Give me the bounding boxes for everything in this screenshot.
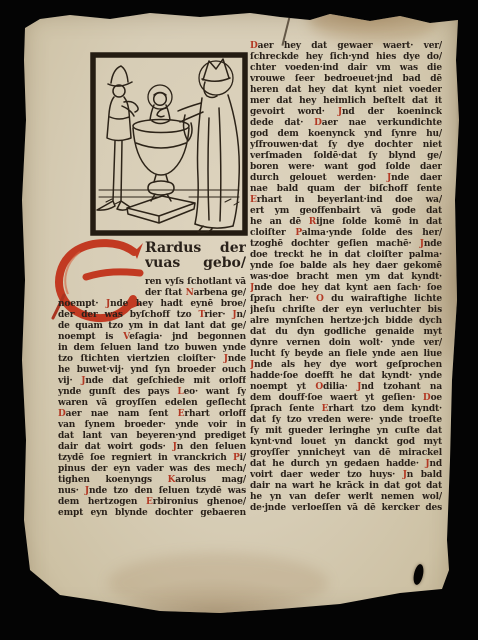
rubricated-letter: O <box>316 294 324 304</box>
rubricated-letter: N <box>186 288 194 298</box>
text-line: dede dat· Daer nae verkundichte <box>250 118 442 129</box>
child-in-font <box>148 85 172 124</box>
text-line: ren vyſs ſchotlant vā <box>145 277 246 288</box>
text-line: der der was byſchoff tzo Trier· Jn/ <box>58 310 246 321</box>
rubricated-letter: E <box>250 195 257 205</box>
text-line: dynre vernen doin wolt· ynde ver/ <box>250 338 442 349</box>
text-line: lucht ſy beyde an ſiele ynde aen liue <box>250 349 442 360</box>
text-line: dair na wart he krāck in dat got dat <box>250 481 442 492</box>
wormhole <box>412 563 425 585</box>
text-line: boren were· want god ſolde daer <box>250 162 442 173</box>
rubricated-letter: O <box>315 382 323 392</box>
text-line: ert ym geoffenbairt vā gode dat <box>250 206 442 217</box>
text-line: dair dat woirt gods· Jn den ſeluen <box>58 442 246 453</box>
rubricated-letter: E <box>146 497 153 507</box>
text-line: gevoirt word· Jnd der koeninck <box>250 107 442 118</box>
text-line: ſy mit gueder leringhe yn cuſte dat <box>250 426 442 437</box>
text-line: doe treckt he in dat cloiſter palma· <box>250 250 442 261</box>
text-line: yſfrouwen·dat ſy dye dochter niet <box>250 140 442 151</box>
text-line: de quam tzo ym in dat lant dat ge/ <box>58 321 246 332</box>
rubricated-letter: R <box>309 217 316 227</box>
text-line: kynt·vnd louet yn danckt god myt <box>250 437 442 448</box>
text-line: dat du dyn godliche genaide myt <box>250 327 442 338</box>
text-line: jheſu chriſte der eyn verluchter bis <box>250 305 442 316</box>
text-line: Jnde doe hey dat kynt aen ſach· ſoe <box>250 283 442 294</box>
text-line: Daer hey dat gewaer waert· ver/ <box>250 41 442 52</box>
text-line: god dem koenynck ynd ſynre hu/ <box>250 129 442 140</box>
rubricated-letter: D <box>58 409 66 419</box>
text-line: tighen koenyngs Karolus mag/ <box>58 475 246 486</box>
text-line: vrouwe ſeer bedroeuet·jnd bad dē <box>250 74 442 85</box>
text-line: cloiſter Palma·ynde ſolde des her/ <box>250 228 442 239</box>
rubricated-letter: D <box>250 41 258 51</box>
woodcut-frame <box>93 55 245 233</box>
text-line: noempt is Veſagia· jnd begonnen <box>58 332 246 343</box>
text-line: vij· Jnde dat geſchiede mit orloff <box>58 376 246 387</box>
text-line: tzo ſtichten viertzien cloiſter· Jnde <box>58 354 246 365</box>
paper-stain <box>108 553 328 613</box>
text-line: he buwet·vij· ynd ſyn broeder ouch <box>58 365 246 376</box>
text-line: heren dat hey dat kynt niet voeder <box>250 85 442 96</box>
text-line: alre mynſchen hertze·jch bidde dych <box>250 316 442 327</box>
text-line: tzoghē dochter geſien machē· Jnde <box>250 239 442 250</box>
text-line: dat lant van beyeren·ynd prediget <box>58 431 246 442</box>
text-line: dat ſy tzo vreden were· ynde troeſte <box>250 415 442 426</box>
rubricated-letter: D <box>423 393 431 403</box>
text-line: ynde gunſt des pays Leo· want ſy <box>58 387 246 398</box>
text-line: noempt yt Odilia· Jnd tzohant na <box>250 382 442 393</box>
text-line: Daer nae nam ſent Erhart orloff <box>58 409 246 420</box>
text-line: was·doe bracht men ym dat kyndt· <box>250 272 442 283</box>
text-line: ynde ſoe balde als hey daer gekomē <box>250 261 442 272</box>
right-text-column: Daer hey dat gewaer waert· ver/ſchreckde… <box>250 41 442 514</box>
text-line: hadde·ſoe doefft he dat kyndt· ynde <box>250 371 442 382</box>
text-line: Jnde als hey dye wort geſprochen <box>250 360 442 371</box>
text-line: dem hertzogen Erbironius ghenoe/ <box>58 497 246 508</box>
text-line: pinus der eyn vader was des mech/ <box>58 464 246 475</box>
text-line: chter voeden·ind dair vm was die <box>250 63 442 74</box>
text-line: tzydē ſoe regniert in vranckrich Pi/ <box>58 453 246 464</box>
text-line: van ſynem broeder· ynde voir in <box>58 420 246 431</box>
text-line: dem douff·ſoe waert yt geſien· Doe <box>250 393 442 404</box>
text-line: ſprach her· O du wairaftighe lichte <box>250 294 442 305</box>
photo-background: Rardus dervuas gebo/ ren vyſs ſchotlant … <box>0 0 478 640</box>
paper-stain <box>308 0 438 42</box>
indented-lines: ren vyſs ſchotlant vāder ſtat Narbena ge… <box>145 277 246 299</box>
attendant-figure <box>97 66 138 210</box>
text-line: he an dē Rijne ſolde komē in dat <box>250 217 442 228</box>
text-line: durch gelouet werden· Jnde daer <box>250 173 442 184</box>
text-line: in dem ſeluen land tzo buwen ynde <box>58 343 246 354</box>
text-line: nus· Jnde tzo den ſeluen tzydē was <box>58 486 246 497</box>
woodcut-baptism-scene <box>88 50 250 238</box>
rubricated-letter: P <box>233 453 240 463</box>
text-line: mer dat hey heimlich beſtelt dat it <box>250 96 442 107</box>
text-line: voirt daer weder tzo huys· Jn bald <box>250 470 442 481</box>
text-line: Rardus der <box>145 241 246 256</box>
text-line: verſmaden ſoldē·dat ſy blynd ge/ <box>250 151 442 162</box>
text-line: he yn van deſer werlt nemen wol/ <box>250 492 442 503</box>
text-line: noempt· Jnde hey hadt eynē broe/ <box>58 299 246 310</box>
opening-lines: Rardus dervuas gebo/ <box>145 241 246 271</box>
text-line: dat he durch yn gedaen hadde· Jnd <box>250 459 442 470</box>
text-line: empt eyn blynde dochter gebaeren <box>58 508 246 519</box>
left-text-column: Rardus dervuas gebo/ ren vyſs ſchotlant … <box>58 241 246 519</box>
book-page: Rardus dervuas gebo/ ren vyſs ſchotlant … <box>18 8 460 618</box>
text-line: der ſtat Narbena ge/ <box>145 288 246 299</box>
left-column-body: noempt· Jnde hey hadt eynē broe/der der … <box>58 299 246 519</box>
text-line: ſprach ſente Erhart tzo dem kyndt· <box>250 404 442 415</box>
text-line: vuas gebo/ <box>145 256 246 271</box>
text-line: nae bald quam der biſchoff ſente <box>250 184 442 195</box>
text-line: waren vā groyſſen edelen geſlecht <box>58 398 246 409</box>
text-line: de·jnde verloeſſen vā dē kercker des <box>250 503 442 514</box>
text-line: Erhart in beyerlant·ind doe wa/ <box>250 195 442 206</box>
text-line: groyſſer ynnicheyt van dē mirackel <box>250 448 442 459</box>
rubricated-letter: D <box>314 118 322 128</box>
text-line: ſchreckde hey ſich·ynd hies dye do/ <box>250 52 442 63</box>
